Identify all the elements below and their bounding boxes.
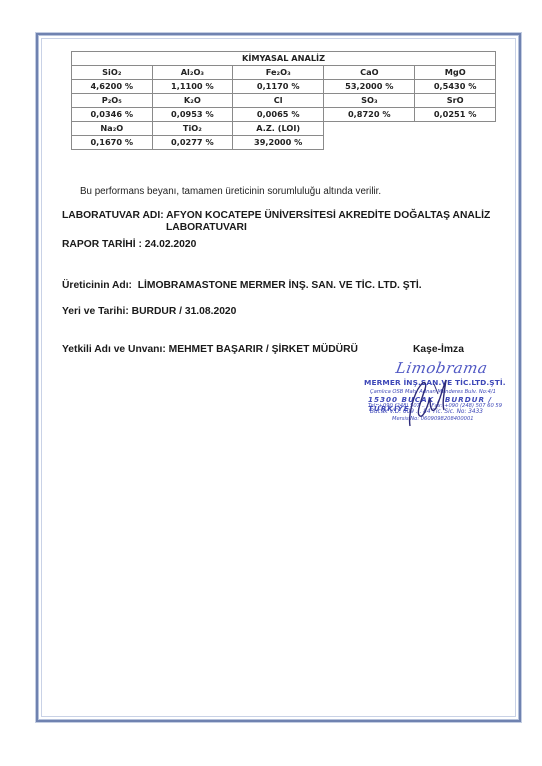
oxide-value: 53,2000 % xyxy=(324,80,415,94)
oxide-label: TiO₂ xyxy=(152,122,233,136)
oxide-value: 0,8720 % xyxy=(324,108,415,122)
authorized-person: Yetkili Adı ve Unvanı: MEHMET BAŞARIR / … xyxy=(62,344,358,355)
report-date: RAPOR TARİHİ : 24.02.2020 xyxy=(62,239,196,250)
oxide-label: P₂O₅ xyxy=(72,94,153,108)
oxide-value: 0,0346 % xyxy=(72,108,153,122)
oxide-label: CaO xyxy=(324,66,415,80)
table-row: 0,0346 % 0,0953 % 0,0065 % 0,8720 % 0,02… xyxy=(72,108,496,122)
oxide-value: 0,0251 % xyxy=(415,108,496,122)
report-date-label: RAPOR TARİHİ : xyxy=(62,239,142,250)
table-row: 0,1670 % 0,0277 % 39,2000 % xyxy=(72,136,496,150)
empty-cell xyxy=(415,122,496,136)
oxide-label: SrO xyxy=(415,94,496,108)
place-date-value: BURDUR / 31.08.2020 xyxy=(132,306,237,317)
signature-icon xyxy=(380,364,460,430)
oxide-label: Na₂O xyxy=(72,122,153,136)
oxide-label: SiO₂ xyxy=(72,66,153,80)
authorized-label: Yetkili Adı ve Unvanı: xyxy=(62,344,166,355)
oxide-value: 4,6200 % xyxy=(72,80,153,94)
manufacturer-value: LİMOBRAMASTONE MERMER İNŞ. SAN. VE TİC. … xyxy=(138,280,422,291)
oxide-value: 0,0277 % xyxy=(152,136,233,150)
oxide-value: 0,5430 % xyxy=(415,80,496,94)
stamp-signature-label: Kaşe-İmza xyxy=(413,344,464,355)
empty-cell xyxy=(324,136,415,150)
table-row: SiO₂ Al₂O₃ Fe₂O₃ CaO MgO xyxy=(72,66,496,80)
oxide-label: K₂O xyxy=(152,94,233,108)
laboratory-label: LABORATUVAR ADI: xyxy=(62,210,164,221)
laboratory-name-continued: LABORATUVARI xyxy=(166,222,247,233)
table-row: P₂O₅ K₂O Cl SO₃ SrO xyxy=(72,94,496,108)
manufacturer-label: Üreticinin Adı: xyxy=(62,280,132,291)
company-stamp: Limobrama MERMER İNŞ.SAN.VE TİC.LTD.ŞTİ.… xyxy=(362,359,518,429)
place-date-label: Yeri ve Tarihi: xyxy=(62,306,129,317)
oxide-label: MgO xyxy=(415,66,496,80)
oxide-label: SO₃ xyxy=(324,94,415,108)
declaration-text: Bu performans beyanı, tamamen üreticinin… xyxy=(80,186,381,197)
place-and-date: Yeri ve Tarihi: BURDUR / 31.08.2020 xyxy=(62,306,236,317)
laboratory-line: LABORATUVAR ADI: AFYON KOCATEPE ÜNİVERSİ… xyxy=(62,210,490,221)
oxide-label: Cl xyxy=(233,94,324,108)
oxide-value: 0,0065 % xyxy=(233,108,324,122)
oxide-label: Al₂O₃ xyxy=(152,66,233,80)
table-row: Na₂O TiO₂ A.Z. (LOI) xyxy=(72,122,496,136)
table-title-row: KİMYASAL ANALİZ xyxy=(72,52,496,66)
chemical-analysis-table: KİMYASAL ANALİZ SiO₂ Al₂O₃ Fe₂O₃ CaO MgO… xyxy=(71,51,496,150)
oxide-value: 1,1100 % xyxy=(152,80,233,94)
oxide-value: 0,0953 % xyxy=(152,108,233,122)
oxide-value: 39,2000 % xyxy=(233,136,324,150)
table-row: 4,6200 % 1,1100 % 0,1170 % 53,2000 % 0,5… xyxy=(72,80,496,94)
laboratory-name: AFYON KOCATEPE ÜNİVERSİTESİ AKREDİTE DOĞ… xyxy=(166,210,490,221)
oxide-label: Fe₂O₃ xyxy=(233,66,324,80)
empty-cell xyxy=(415,136,496,150)
manufacturer: Üreticinin Adı: LİMOBRAMASTONE MERMER İN… xyxy=(62,280,422,291)
report-date-value: 24.02.2020 xyxy=(145,239,197,250)
empty-cell xyxy=(324,122,415,136)
oxide-label: A.Z. (LOI) xyxy=(233,122,324,136)
authorized-value: MEHMET BAŞARIR / ŞİRKET MÜDÜRÜ xyxy=(169,344,358,355)
oxide-value: 0,1170 % xyxy=(233,80,324,94)
oxide-value: 0,1670 % xyxy=(72,136,153,150)
table-title: KİMYASAL ANALİZ xyxy=(72,52,496,66)
